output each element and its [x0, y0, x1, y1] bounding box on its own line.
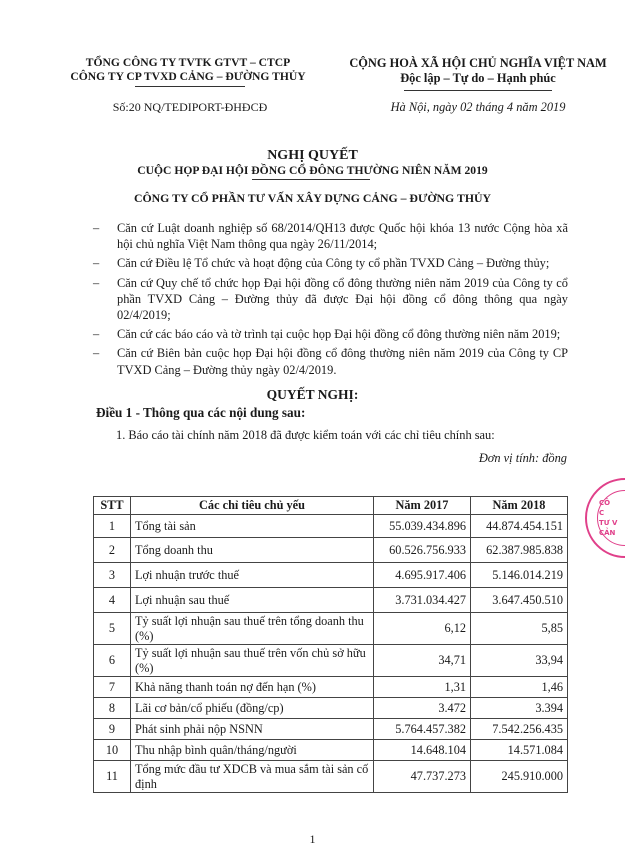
row-value-2018: 14.571.084 [471, 740, 568, 761]
row-value-2017: 14.648.104 [374, 740, 471, 761]
row-value-2018: 5,85 [471, 613, 568, 645]
row-indicator: Tổng mức đầu tư XDCB và mua sắm tài sản … [131, 761, 374, 793]
legal-basis-item: – Căn cứ các báo cáo và tờ trình tại cuộ… [93, 326, 568, 342]
row-value-2017: 60.526.756.933 [374, 538, 471, 563]
row-value-2018: 1,46 [471, 677, 568, 698]
company-full-name: CÔNG TY CỔ PHẦN TƯ VẤN XÂY DỰNG CẢNG – Đ… [0, 191, 625, 206]
row-stt: 3 [94, 563, 131, 588]
row-value-2017: 34,71 [374, 645, 471, 677]
row-stt: 2 [94, 538, 131, 563]
row-value-2018: 5.146.014.219 [471, 563, 568, 588]
issuer-block: TỔNG CÔNG TY TVTK GTVT – CTCP CÔNG TY CP… [62, 56, 314, 84]
nation-name: CỘNG HOÀ XÃ HỘI CHỦ NGHĨA VIỆT NAM [330, 56, 625, 71]
table-row: 9Phát sinh phải nộp NSNN5.764.457.3827.5… [94, 719, 568, 740]
row-indicator: Lợi nhuận sau thuế [131, 588, 374, 613]
row-stt: 7 [94, 677, 131, 698]
row-value-2017: 6,12 [374, 613, 471, 645]
row-stt: 11 [94, 761, 131, 793]
row-stt: 5 [94, 613, 131, 645]
row-stt: 8 [94, 698, 131, 719]
national-motto: Độc lập – Tự do – Hạnh phúc [330, 71, 625, 86]
table-row: 8Lãi cơ bản/cổ phiếu (đồng/cp)3.4723.394 [94, 698, 568, 719]
item-1-text: 1. Báo cáo tài chính năm 2018 đã được ki… [116, 428, 495, 443]
document-subtitle: CUỘC HỌP ĐẠI HỘI ĐỒNG CỔ ĐÔNG THƯỜNG NIÊ… [0, 164, 625, 177]
row-value-2018: 62.387.985.838 [471, 538, 568, 563]
dash-bullet: – [93, 220, 99, 236]
row-stt: 10 [94, 740, 131, 761]
row-value-2017: 47.737.273 [374, 761, 471, 793]
article-1-heading: Điều 1 - Thông qua các nội dung sau: [96, 405, 305, 421]
subtitle-underline [252, 179, 370, 180]
row-value-2017: 55.039.434.896 [374, 515, 471, 538]
place-date: Hà Nội, ngày 02 tháng 4 năm 2019 [330, 100, 625, 115]
legal-basis-item: – Căn cứ Biên bản cuộc họp Đại hội đồng … [93, 345, 568, 377]
row-stt: 1 [94, 515, 131, 538]
legal-basis-item: – Căn cứ Luật doanh nghiệp số 68/2014/QH… [93, 220, 568, 252]
parent-company: TỔNG CÔNG TY TVTK GTVT – CTCP [62, 56, 314, 70]
row-value-2018: 3.394 [471, 698, 568, 719]
table-row: 10Thu nhập bình quân/tháng/người14.648.1… [94, 740, 568, 761]
table-row: 4Lợi nhuận sau thuế3.731.034.4273.647.45… [94, 588, 568, 613]
dash-bullet: – [93, 326, 99, 342]
row-value-2017: 1,31 [374, 677, 471, 698]
dash-bullet: – [93, 275, 99, 291]
row-indicator: Phát sinh phải nộp NSNN [131, 719, 374, 740]
row-indicator: Lãi cơ bản/cổ phiếu (đồng/cp) [131, 698, 374, 719]
legal-basis-item: – Căn cứ Quy chế tổ chức họp Đại hội đồn… [93, 275, 568, 324]
document-title: NGHỊ QUYẾT [0, 148, 625, 164]
row-value-2017: 4.695.917.406 [374, 563, 471, 588]
row-value-2018: 44.874.454.151 [471, 515, 568, 538]
unit-note: Đơn vị tính: đồng [460, 451, 567, 466]
row-value-2017: 5.764.457.382 [374, 719, 471, 740]
row-stt: 4 [94, 588, 131, 613]
col-header-indicator: Các chỉ tiêu chủ yếu [131, 497, 374, 515]
row-value-2018: 7.542.256.435 [471, 719, 568, 740]
table-row: 2Tổng doanh thu60.526.756.93362.387.985.… [94, 538, 568, 563]
table-row: 3Lợi nhuận trước thuế4.695.917.4065.146.… [94, 563, 568, 588]
row-indicator: Khả năng thanh toán nợ đến hạn (%) [131, 677, 374, 698]
col-header-stt: STT [94, 497, 131, 515]
financial-indicators-table: STT Các chỉ tiêu chủ yếu Năm 2017 Năm 20… [93, 496, 568, 793]
company-seal: CÔ C TƯ V CẢN [585, 478, 625, 558]
dash-bullet: – [93, 345, 99, 361]
row-indicator: Tổng doanh thu [131, 538, 374, 563]
document-number: Số:20 NQ/TEDIPORT-ĐHĐCĐ [60, 100, 320, 115]
seal-text: CÔ C TƯ V CẢN [599, 498, 617, 538]
row-indicator: Tổng tài sản [131, 515, 374, 538]
dash-bullet: – [93, 255, 99, 271]
row-indicator: Lợi nhuận trước thuế [131, 563, 374, 588]
table-header-row: STT Các chỉ tiêu chủ yếu Năm 2017 Năm 20… [94, 497, 568, 515]
col-header-2018: Năm 2018 [471, 497, 568, 515]
row-stt: 9 [94, 719, 131, 740]
page-number: 1 [0, 832, 625, 847]
row-stt: 6 [94, 645, 131, 677]
company-name: CÔNG TY CP TVXD CẢNG – ĐƯỜNG THỦY [62, 70, 314, 84]
table-row: 5Tỷ suất lợi nhuận sau thuế trên tổng do… [94, 613, 568, 645]
issuer-underline [135, 86, 245, 87]
row-indicator: Thu nhập bình quân/tháng/người [131, 740, 374, 761]
row-value-2017: 3.731.034.427 [374, 588, 471, 613]
table-row: 1Tổng tài sản55.039.434.89644.874.454.15… [94, 515, 568, 538]
row-value-2017: 3.472 [374, 698, 471, 719]
table-row: 11Tổng mức đầu tư XDCB và mua sắm tài sả… [94, 761, 568, 793]
row-value-2018: 3.647.450.510 [471, 588, 568, 613]
row-indicator: Tỷ suất lợi nhuận sau thuế trên vốn chủ … [131, 645, 374, 677]
col-header-2017: Năm 2017 [374, 497, 471, 515]
decision-heading: QUYẾT NGHỊ: [0, 387, 625, 403]
national-header: CỘNG HOÀ XÃ HỘI CHỦ NGHĨA VIỆT NAM Độc l… [330, 56, 625, 86]
legal-basis-list: – Căn cứ Luật doanh nghiệp số 68/2014/QH… [93, 220, 568, 381]
table-row: 7Khả năng thanh toán nợ đến hạn (%)1,311… [94, 677, 568, 698]
row-indicator: Tỷ suất lợi nhuận sau thuế trên tổng doa… [131, 613, 374, 645]
motto-underline [404, 90, 552, 91]
legal-basis-item: – Căn cứ Điều lệ Tổ chức và hoạt động củ… [93, 255, 568, 271]
table-row: 6Tỷ suất lợi nhuận sau thuế trên vốn chủ… [94, 645, 568, 677]
row-value-2018: 33,94 [471, 645, 568, 677]
row-value-2018: 245.910.000 [471, 761, 568, 793]
